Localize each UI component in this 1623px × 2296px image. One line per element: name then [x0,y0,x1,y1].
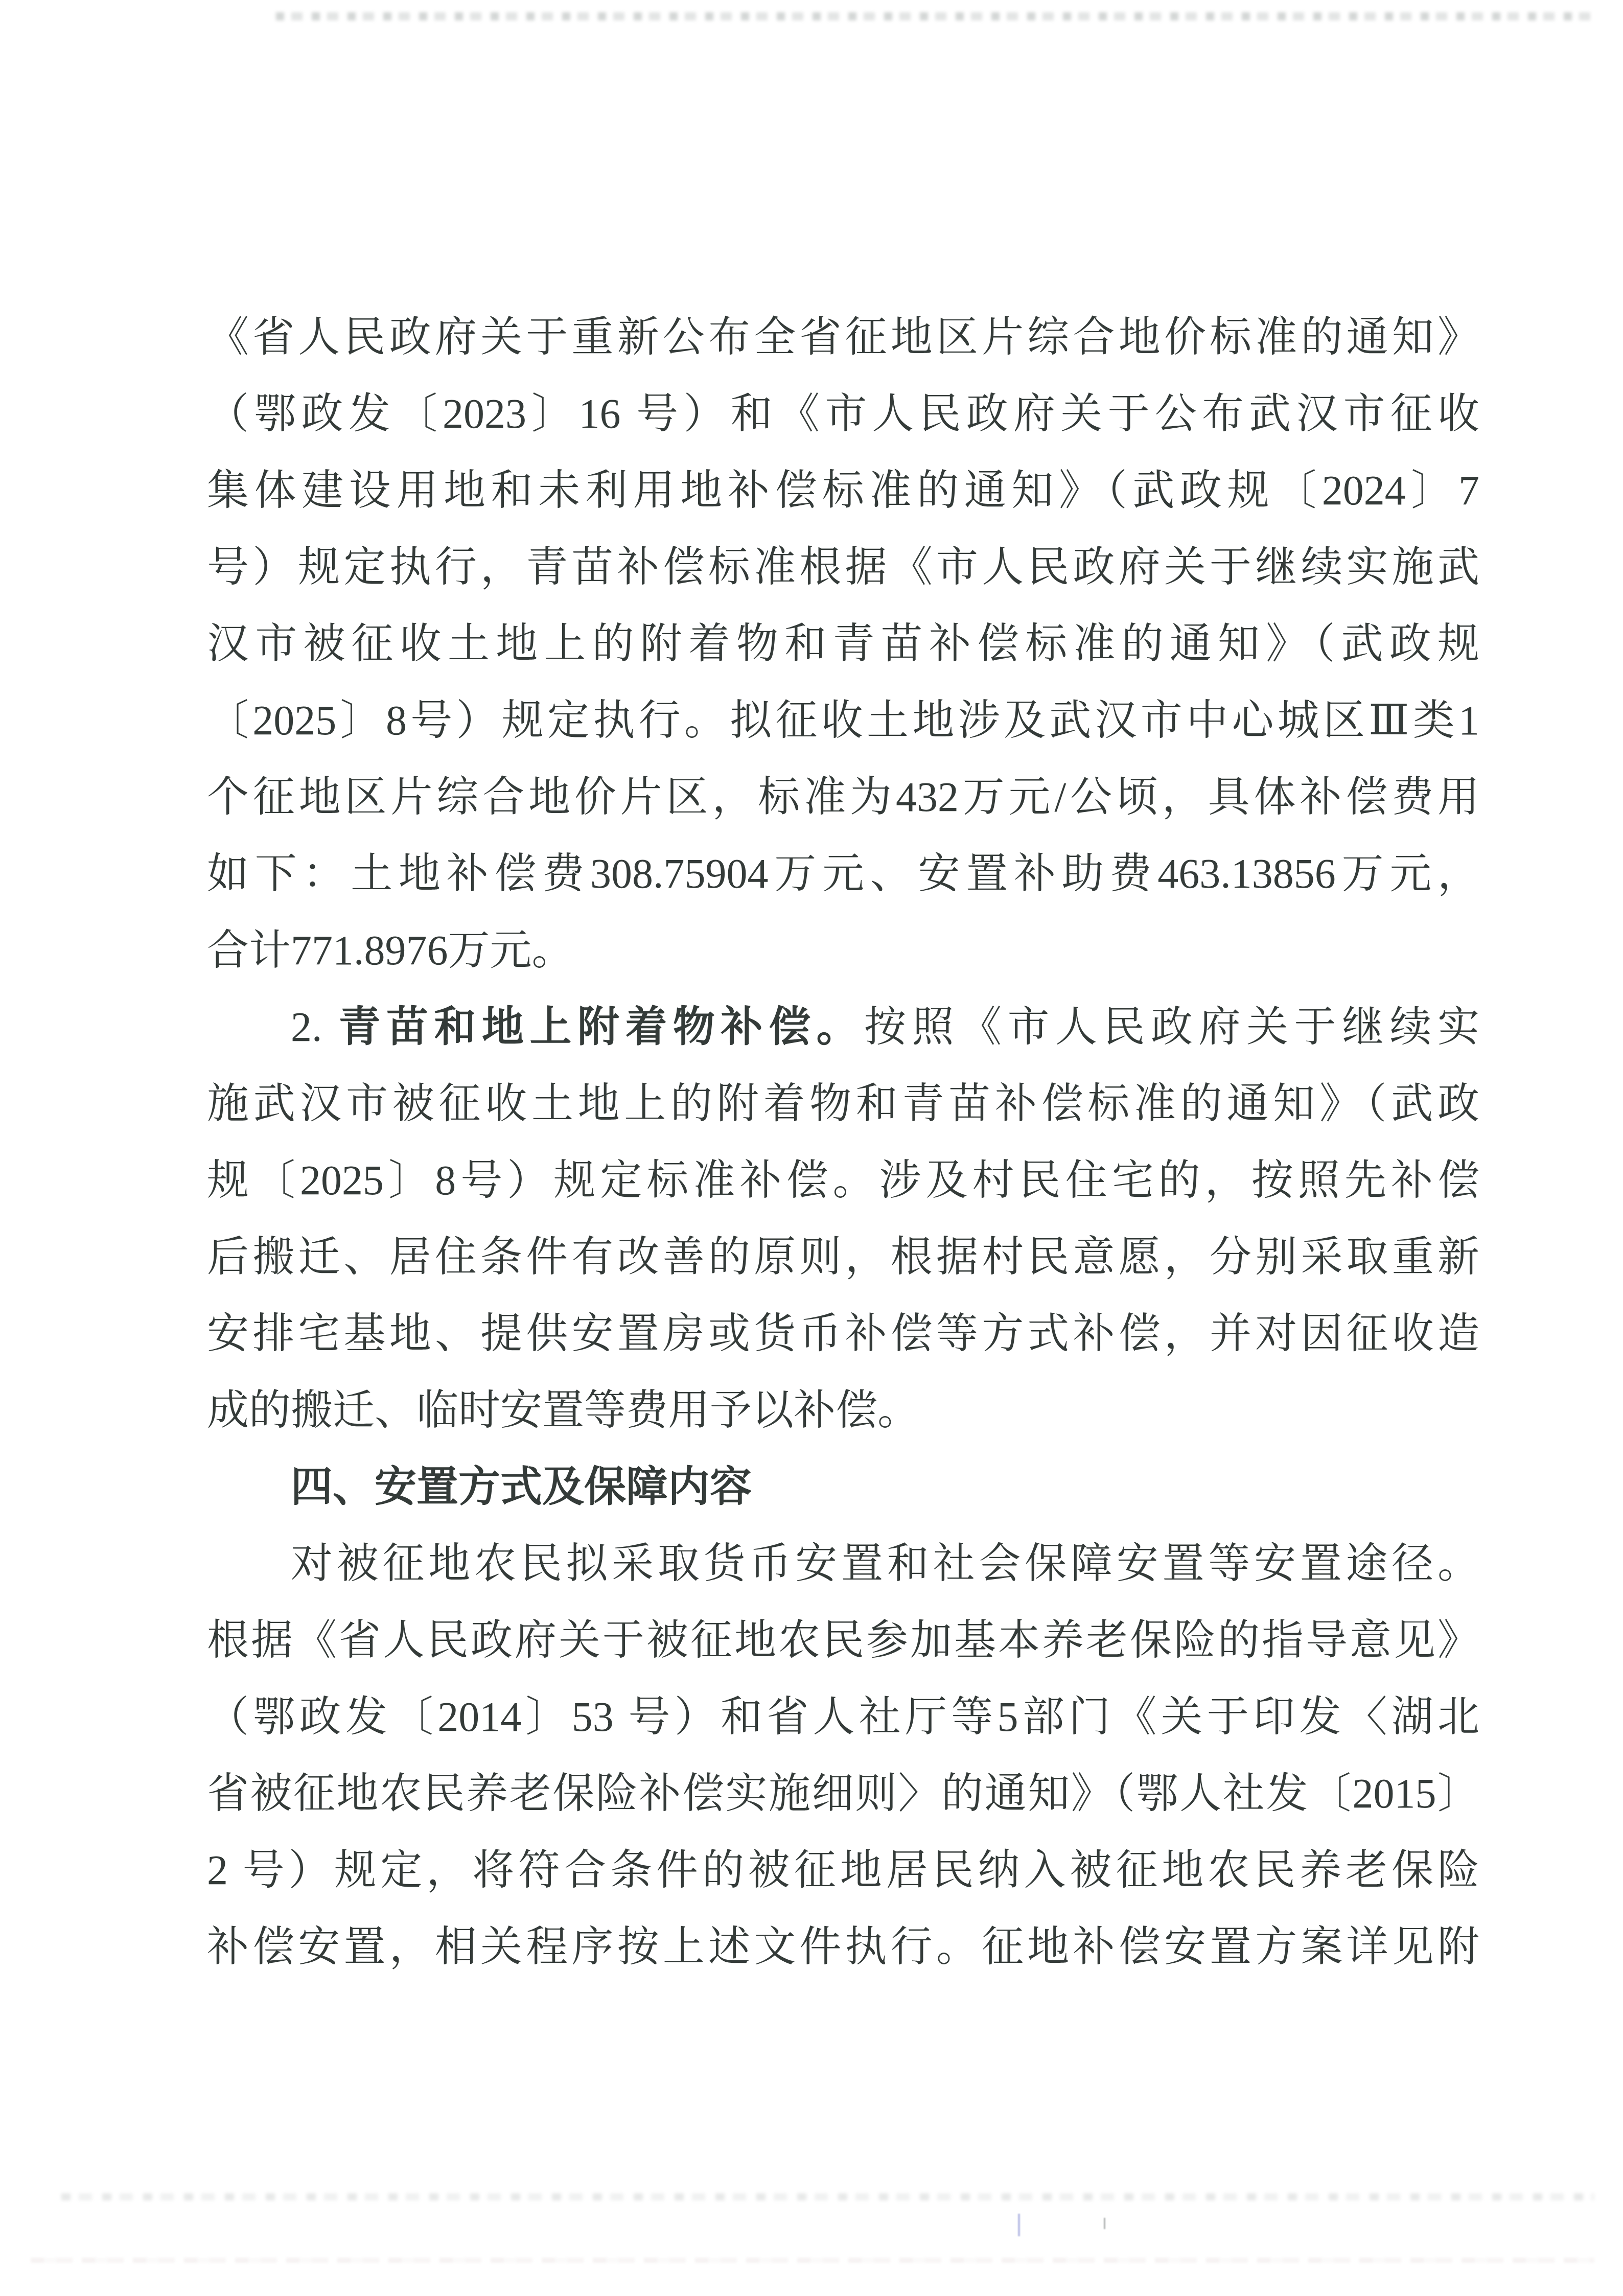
text-line: 集体建设用地和未利用地补偿标准的通知》（武政规〔2024〕7 [207,452,1479,529]
text-line: 根据《省人民政府关于被征地农民参加基本养老保险的指导意见》 [207,1602,1479,1679]
text-line: 汉市被征收土地上的附着物和青苗补偿标准的通知》（武政规 [207,606,1479,682]
text-line: 规〔2025〕8号）规定标准补偿。涉及村民住宅的，按照先补偿 [207,1142,1479,1219]
text-line: 省被征地农民养老保险补偿实施细则〉的通知》（鄂人社发〔2015〕 [207,1755,1479,1832]
text-line: （鄂政发〔2023〕16 号）和《市人民政府关于公布武汉市征收 [207,376,1479,452]
list-number: 2. [291,1004,339,1050]
text-line: 后搬迁、居住条件有改善的原则，根据村民意愿，分别采取重新 [207,1219,1479,1295]
text-line: 合计771.8976万元。 [207,912,1479,989]
text-line: 个征地区片综合地价片区，标准为432万元/公顷，具体补偿费用 [207,759,1479,836]
text-line: 安排宅基地、提供安置房或货币补偿等方式补偿，并对因征收造 [207,1295,1479,1372]
text-line-list-item: 2. 青苗和地上附着物补偿。按照《市人民政府关于继续实 [207,989,1479,1065]
scan-artifact-bottom-ghost-line [61,2193,1594,2200]
scan-artifact-blue-mark [1018,2214,1020,2236]
scan-artifact-top-smudge [276,12,1594,20]
text-line: 号）规定执行，青苗补偿标准根据《市人民政府关于继续实施武 [207,529,1479,606]
scanned-document-page: 《省人民政府关于重新公布全省征地区片综合地价标准的通知》 （鄂政发〔2023〕1… [0,0,1623,2296]
section-heading: 四、安置方式及保障内容 [207,1449,1479,1525]
text-line: 如下：土地补偿费308.75904万元、安置补助费463.13856万元， [207,836,1479,912]
document-text-block: 《省人民政府关于重新公布全省征地区片综合地价标准的通知》 （鄂政发〔2023〕1… [207,299,1479,1985]
text-line: 补偿安置，相关程序按上述文件执行。征地补偿安置方案详见附 [207,1909,1479,1985]
text-segment: 按照《市人民政府关于继续实 [864,1004,1479,1050]
text-line: 成的搬迁、临时安置等费用予以补偿。 [207,1372,1479,1449]
scan-artifact-bottom-faint-line [31,2258,1594,2263]
text-line: 〔2025〕8号）规定执行。拟征收土地涉及武汉市中心城区Ⅲ类1 [207,682,1479,759]
text-line: 施武汉市被征收土地上的附着物和青苗补偿标准的通知》（武政 [207,1065,1479,1142]
text-line: 2 号）规定，将符合条件的被征地居民纳入被征地农民养老保险 [207,1832,1479,1909]
scan-artifact-dark-tick [1104,2218,1105,2229]
text-line: （鄂政发〔2014〕53 号）和省人社厅等5部门《关于印发〈湖北 [207,1679,1479,1755]
bold-phrase: 青苗和地上附着物补偿。 [339,1004,865,1050]
text-line: 对被征地农民拟采取货币安置和社会保障安置等安置途径。 [207,1525,1479,1602]
text-line: 《省人民政府关于重新公布全省征地区片综合地价标准的通知》 [207,299,1479,376]
